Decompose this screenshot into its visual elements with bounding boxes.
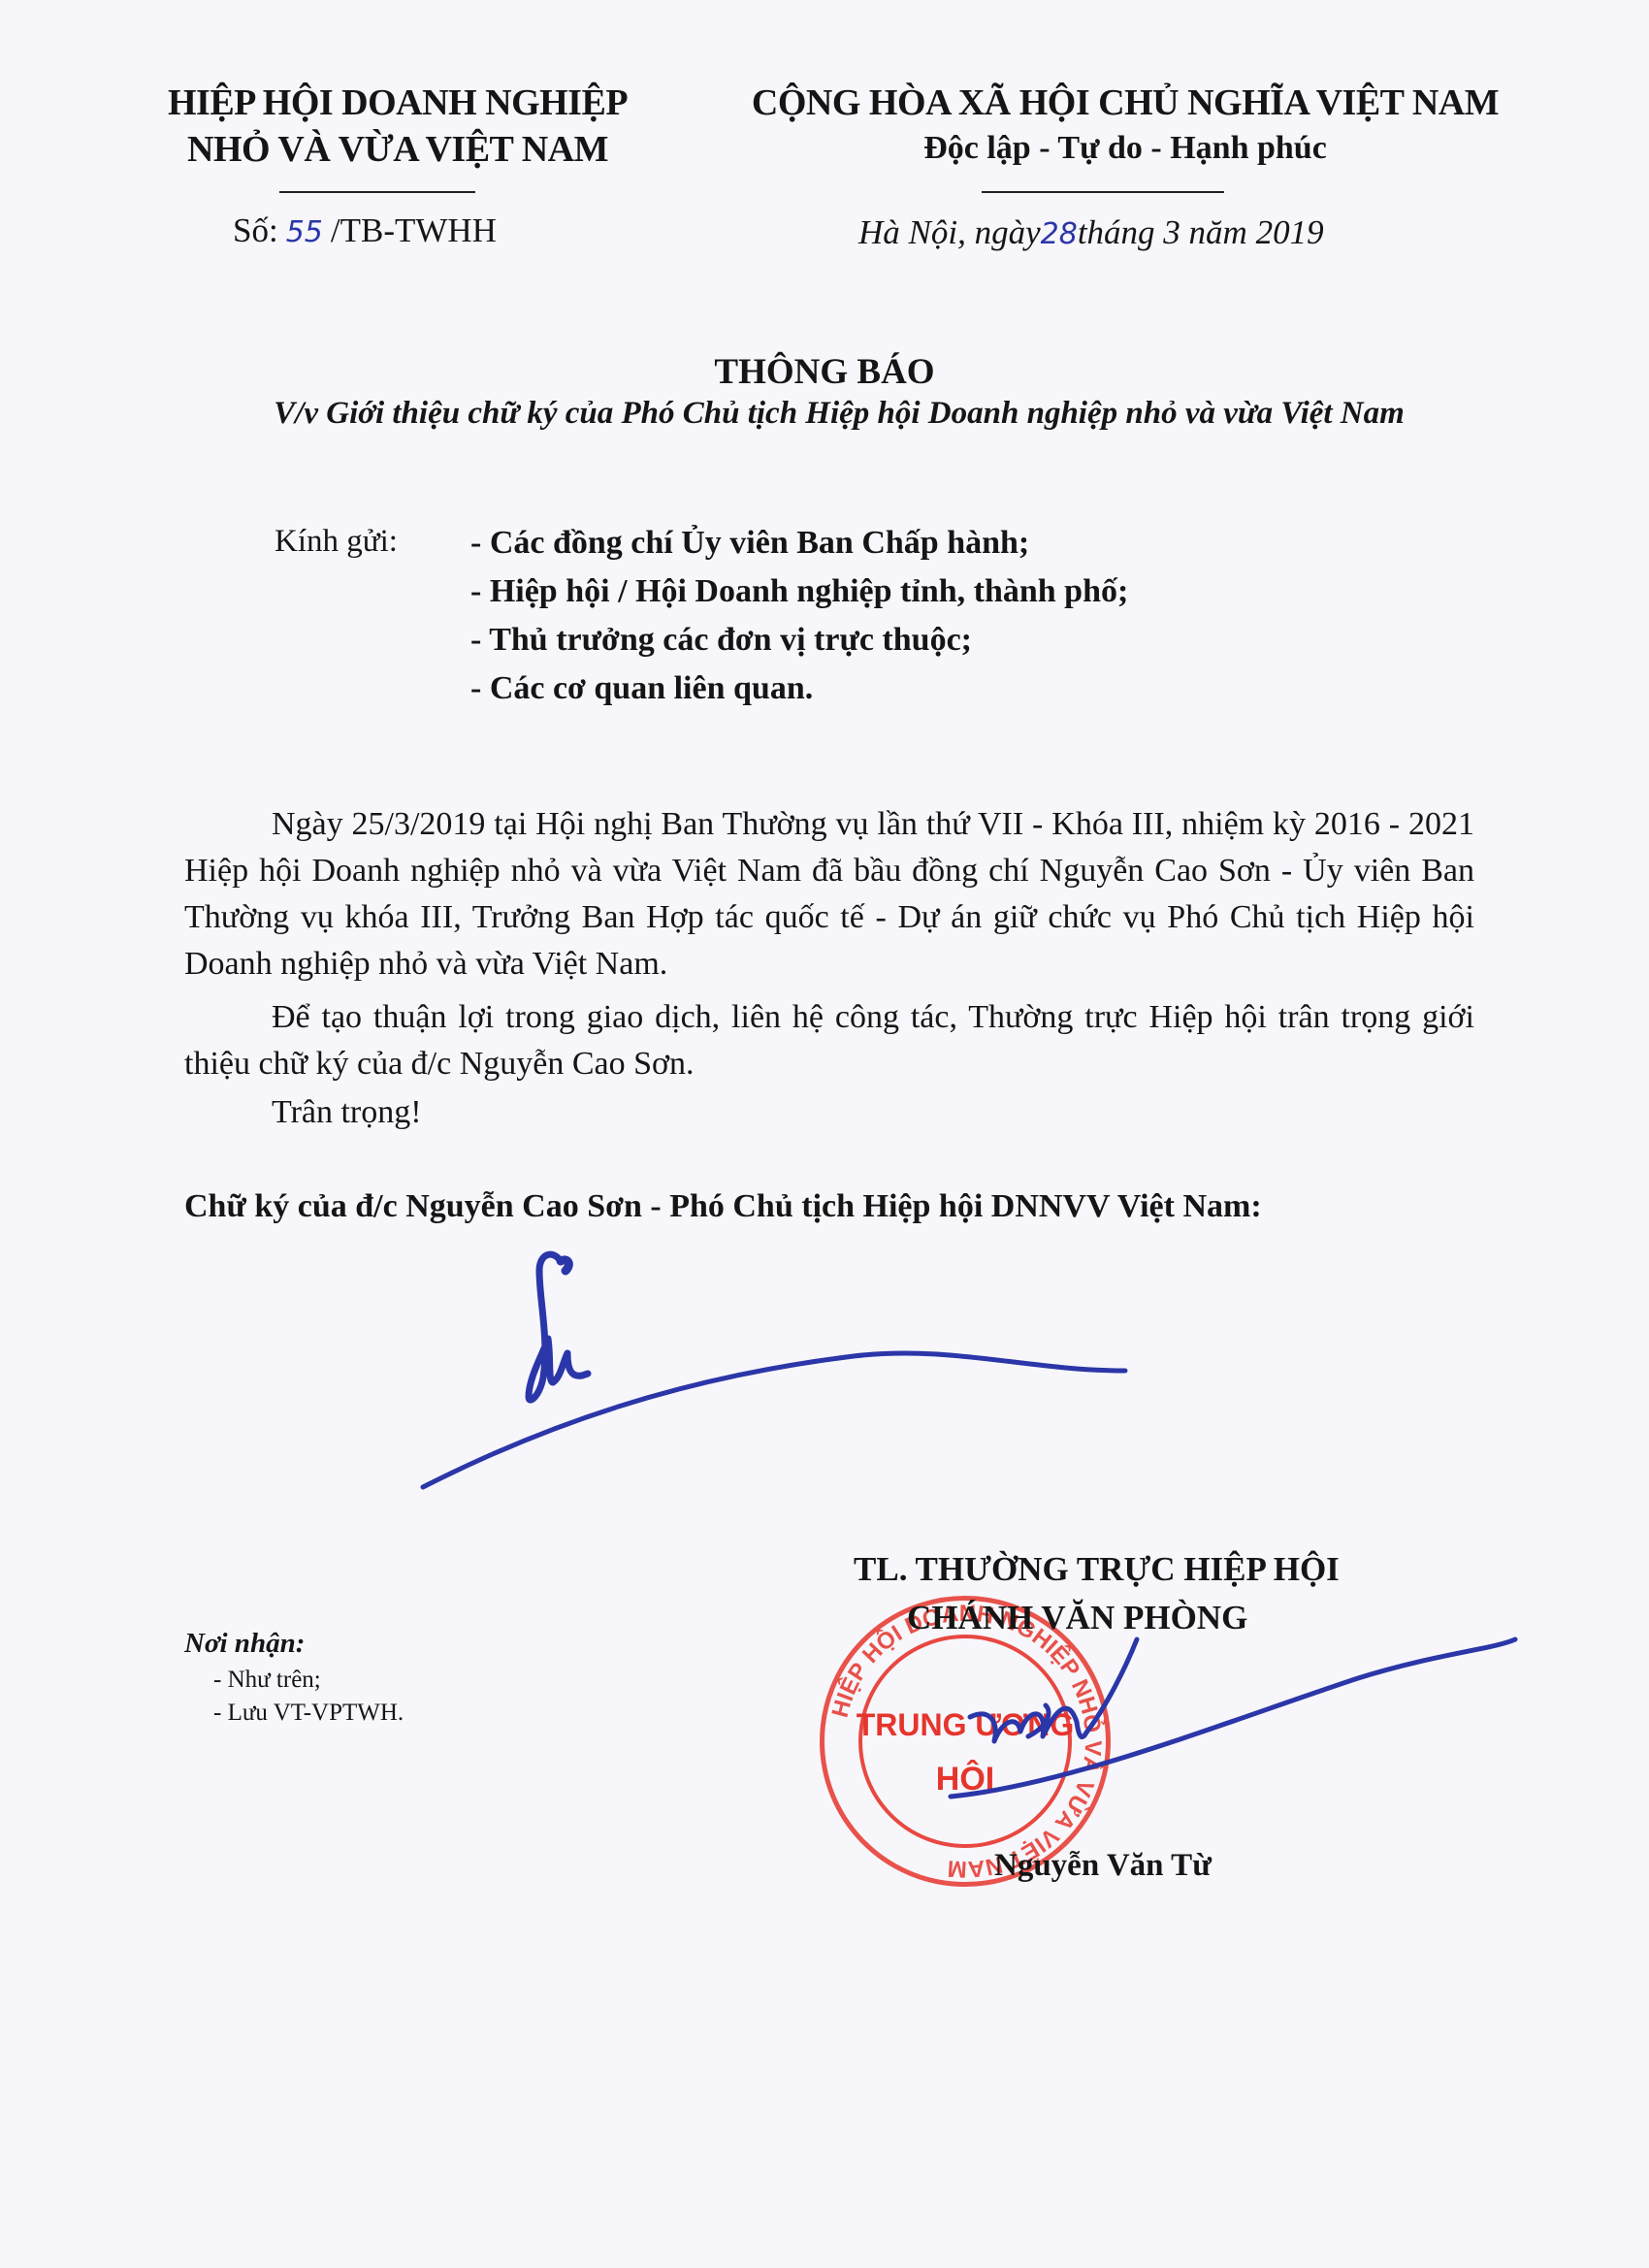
document-number-prefix: Số: [233,211,278,249]
body-paragraph-2: Để tạo thuận lợi trong giao dịch, liên h… [184,994,1474,1087]
signer-signature [0,0,1649,2268]
recipients-list: - Các đồng chí Ủy viên Ban Chấp hành; - … [470,519,1128,713]
document-subject: V/v Giới thiệu chữ ký của Phó Chủ tịch H… [0,396,1649,432]
motto-divider [982,191,1224,193]
signer-title-line1: TL. THƯỜNG TRỰC HIỆP HỘI [854,1550,1340,1589]
recipient-item: - Các cơ quan liên quan. [470,664,1128,713]
distribution-label: Nơi nhận: [184,1628,305,1660]
signer-name: Nguyễn Văn Từ [994,1848,1212,1884]
document-number-suffix: /TB-TWHH [331,211,497,249]
place-date-prefix: Hà Nội, ngày [858,213,1041,251]
signature-caption: Chữ ký của đ/c Nguyễn Cao Sơn - Phó Chủ … [184,1188,1262,1225]
recipients-label: Kính gửi: [275,524,398,560]
closing-line: Trân trọng! [272,1094,422,1131]
distribution-item: - Lưu VT-VPTWH. [213,1697,404,1730]
nation-name: CỘNG HÒA XÃ HỘI CHỦ NGHĨA VIỆT NAM [718,80,1533,126]
handwritten-day: 28 [1041,217,1078,251]
signer-title-line2: CHÁNH VĂN PHÒNG [907,1599,1247,1637]
recipient-item: - Hiệp hội / Hội Doanh nghiệp tỉnh, thàn… [470,567,1128,616]
recipient-item: - Các đồng chí Ủy viên Ban Chấp hành; [470,519,1128,567]
specimen-signature [0,0,1649,2268]
document-number: Số:55/TB-TWHH [233,211,497,250]
place-date-suffix: tháng 3 năm 2019 [1078,213,1324,251]
stamp-center-line2: HỘI [820,1761,1111,1798]
distribution-item: - Như trên; [213,1664,404,1697]
stamp-center-line1: TRUNG ƯƠNG [820,1707,1111,1743]
recipient-item: - Thủ trưởng các đơn vị trực thuộc; [470,616,1128,664]
organization-divider [279,191,475,193]
place-and-date: Hà Nội, ngày28tháng 3 năm 2019 [858,213,1324,252]
organization-name-line2: NHỎ VÀ VỪA VIỆT NAM [145,126,650,173]
document-title: THÔNG BÁO [0,351,1649,393]
body-paragraph-1: Ngày 25/3/2019 tại Hội nghị Ban Thường v… [184,801,1474,988]
document-number-handwritten: 55 [286,215,323,249]
official-red-stamp: HIỆP HỘI DOANH NGHIỆP NHỎ VÀ VỪA VIỆT NA… [820,1596,1111,1887]
organization-header: HIỆP HỘI DOANH NGHIỆP NHỎ VÀ VỪA VIỆT NA… [145,80,650,173]
nation-motto: Độc lập - Tự do - Hạnh phúc [718,126,1533,171]
organization-name-line1: HIỆP HỘI DOANH NGHIỆP [145,80,650,126]
national-motto-header: CỘNG HÒA XÃ HỘI CHỦ NGHĨA VIỆT NAM Độc l… [718,80,1533,171]
distribution-list: - Như trên; - Lưu VT-VPTWH. [213,1664,404,1730]
